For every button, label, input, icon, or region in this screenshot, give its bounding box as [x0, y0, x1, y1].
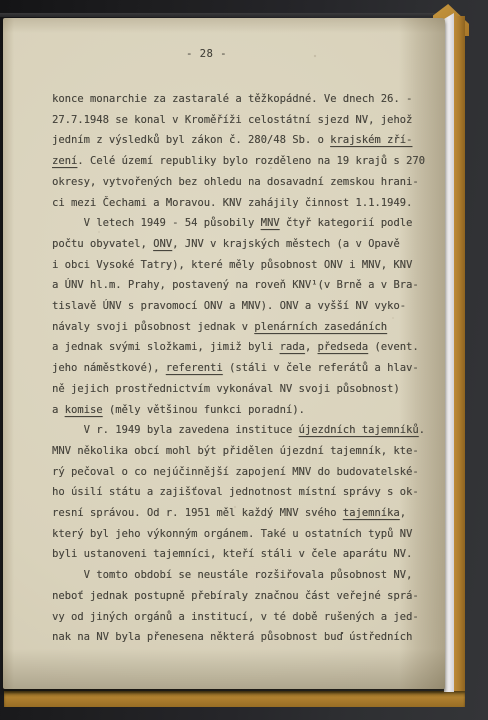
text-run: nak na NV byla přenesena některá působno…	[52, 631, 412, 643]
text-line: V tomto období se neustále rozšiřovala p…	[52, 565, 425, 586]
text-run: ně jejich prostřednictvím vykonával NV s…	[52, 383, 400, 395]
text-line: byli ustanoveni tajemníci, kteří stáli v…	[52, 544, 425, 565]
text-line: okresy, vytvořených bez ohledu na dosava…	[52, 172, 425, 193]
text-run: vy od jiných orgánů a institucí, v té do…	[52, 611, 419, 623]
text-run: návaly svoji působnost jednak v	[52, 321, 254, 333]
text-line: neboť jednak postupně přebíraly značnou …	[52, 586, 425, 607]
text-run: konce monarchie za zastaralé a těžkopádn…	[52, 93, 412, 105]
text-line: V letech 1949 - 54 působily MNV čtyř kat…	[52, 213, 425, 234]
text-run: (stáli v čele referátů a hlav-	[223, 362, 419, 374]
text-run: .	[419, 424, 425, 436]
text-line: i obci Vysoké Tatry), které měly působno…	[52, 255, 425, 276]
text-line: který byl jeho výkonným orgánem. Také u …	[52, 524, 425, 545]
text-line: 27.7.1948 se konal v Kroměříži celostátn…	[52, 110, 425, 131]
text-run: počtu obyvatel,	[52, 238, 153, 250]
text-run: ho úsilí státu a zajišťoval jednotnost m…	[52, 486, 419, 498]
text-line: tislavě ÚNV s pravomocí ONV a MNV). ONV …	[52, 296, 425, 317]
text-run: a ÚNV hl.m. Prahy, postavený na roveň KN…	[52, 279, 419, 291]
book-cover-right-edge	[453, 16, 465, 694]
underlined-text: zení	[52, 155, 77, 167]
text-line: zení. Celé území republiky bylo rozdělen…	[52, 151, 425, 172]
underlined-text: komise	[65, 404, 103, 416]
text-run: rý pečoval o co nejúčinnější zapojení MN…	[52, 466, 419, 478]
text-run: tislavě ÚNV s pravomocí ONV a MNV). ONV …	[52, 300, 406, 312]
book-cover-bottom-edge	[4, 691, 465, 707]
underlined-text: újezdních tajemníků	[299, 424, 419, 436]
underlined-text: rada	[280, 341, 305, 353]
text-run: , JNV v krajských městech (a v Opavě	[172, 238, 400, 250]
underlined-text: krajském zří-	[330, 134, 412, 146]
text-run: V letech 1949 - 54 působily	[52, 217, 261, 229]
text-line: vy od jiných orgánů a institucí, v té do…	[52, 607, 425, 628]
page-number: - 28 -	[186, 47, 227, 61]
text-run: V r. 1949 byla zavedena instituce	[52, 424, 299, 436]
text-line: a jednak svými složkami, jimiž byli rada…	[52, 337, 425, 358]
text-line: ně jejich prostřednictvím vykonával NV s…	[52, 379, 425, 400]
text-run: i obci Vysoké Tatry), které měly působno…	[52, 259, 412, 271]
text-line: jedním z výsledků byl zákon č. 280/48 Sb…	[52, 130, 425, 151]
text-line: konce monarchie za zastaralé a těžkopádn…	[52, 89, 425, 110]
document-page: - 28 - konce monarchie za zastaralé a tě…	[3, 18, 445, 689]
text-line: V r. 1949 byla zavedena instituce újezdn…	[52, 420, 425, 441]
underlined-text: tajemníka	[343, 507, 400, 519]
text-run: V tomto období se neustále rozšiřovala p…	[52, 569, 412, 581]
text-run: a jednak svými složkami, jimiž byli	[52, 341, 280, 353]
underlined-text: MNV	[261, 217, 280, 229]
text-line: a ÚNV hl.m. Prahy, postavený na roveň KN…	[52, 275, 425, 296]
typewritten-text: konce monarchie za zastaralé a těžkopádn…	[52, 89, 425, 648]
text-run: MNV několika obcí mohl být přidělen újez…	[52, 445, 419, 457]
text-run: resní správou. Od r. 1951 měl každý MNV …	[52, 507, 343, 519]
text-run: neboť jednak postupně přebíraly značnou …	[52, 590, 419, 602]
text-line: návaly svoji působnost jednak v plenární…	[52, 317, 425, 338]
text-line: nak na NV byla přenesena některá působno…	[52, 627, 425, 648]
text-run: (event.	[368, 341, 419, 353]
text-run: a	[52, 404, 65, 416]
book-scan: - 28 - konce monarchie za zastaralé a tě…	[0, 0, 488, 720]
text-line: a komise (měly většinou funkci poradní).	[52, 400, 425, 421]
text-run: 27.7.1948 se konal v Kroměříži celostátn…	[52, 114, 412, 126]
text-run: jedním z výsledků byl zákon č. 280/48 Sb…	[52, 134, 330, 146]
underlined-text: ONV	[153, 238, 172, 250]
text-line: jeho náměstkové), referenti (stáli v čel…	[52, 358, 425, 379]
text-run: (měly většinou funkci poradní).	[103, 404, 305, 416]
text-line: ci mezi Čechami a Moravou. KNV zahájily …	[52, 193, 425, 214]
text-run: ,	[305, 341, 318, 353]
text-line: rý pečoval o co nejúčinnější zapojení MN…	[52, 462, 425, 483]
text-run: jeho náměstkové),	[52, 362, 166, 374]
text-line: ho úsilí státu a zajišťoval jednotnost m…	[52, 482, 425, 503]
text-run: . Celé území republiky bylo rozděleno na…	[77, 155, 425, 167]
text-run: čtyř kategorií podle	[280, 217, 413, 229]
text-run: okresy, vytvořených bez ohledu na dosava…	[52, 176, 419, 188]
book-cover-top-edge	[0, 13, 454, 17]
text-line: počtu obyvatel, ONV, JNV v krajských měs…	[52, 234, 425, 255]
text-run: byli ustanoveni tajemníci, kteří stáli v…	[52, 548, 412, 560]
text-line: MNV několika obcí mohl být přidělen újez…	[52, 441, 425, 462]
underlined-text: předseda	[318, 341, 369, 353]
text-line: resní správou. Od r. 1951 měl každý MNV …	[52, 503, 425, 524]
page-stack-edge	[444, 13, 454, 692]
text-run: ci mezi Čechami a Moravou. KNV zahájily …	[52, 197, 412, 209]
underlined-text: plenárních zasedáních	[254, 321, 387, 333]
text-run: který byl jeho výkonným orgánem. Také u …	[52, 528, 412, 540]
text-run: ,	[400, 507, 406, 519]
underlined-text: referenti	[166, 362, 223, 374]
